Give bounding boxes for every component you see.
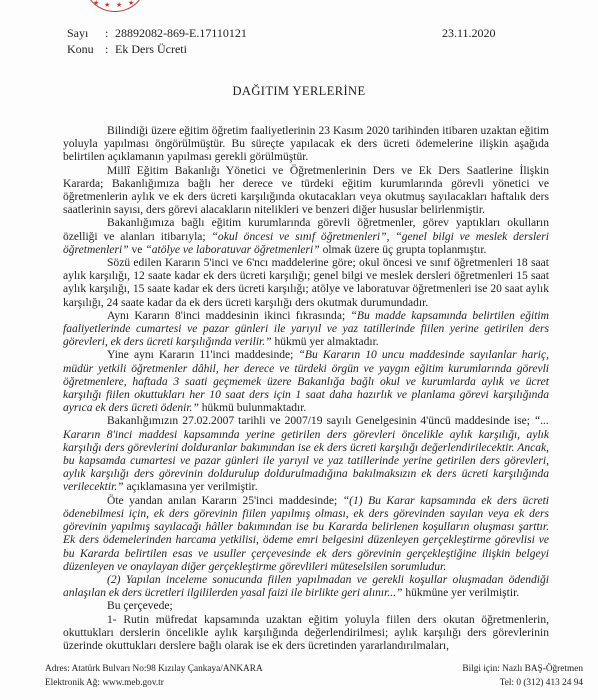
- paragraph: Sözü edilen Kararın 5'inci ve 6'ncı madd…: [63, 257, 549, 310]
- konu-label: Konu: [67, 42, 105, 58]
- paragraph: Öte yandan anılan Kararın 25'inci maddes…: [63, 495, 549, 574]
- document-body: Bilindiği üzere eğitim öğretim faaliyetl…: [63, 125, 549, 653]
- sayi-row: Sayı : 28892082-869-E.17110121: [67, 26, 247, 42]
- seal-star-icon: ★: [93, 0, 99, 7]
- footer-address: Adres: Atatürk Bulvarı No:98 Kızılay Çan…: [45, 663, 263, 677]
- footer-left: Adres: Atatürk Bulvarı No:98 Kızılay Çan…: [45, 663, 263, 690]
- document-date: 23.11.2020: [442, 26, 496, 41]
- paragraph: Aynı Kararın 8'inci maddesinin ikinci fı…: [63, 310, 549, 350]
- footer-right: Bilgi için: Nazlı BAŞ-Öğretmen Tel: 0 (3…: [462, 663, 583, 690]
- sayi-separator: :: [105, 26, 115, 42]
- konu-value: Ek Ders Ücreti: [115, 42, 187, 58]
- seal-star-icon: ★: [116, 2, 122, 9]
- seal-star-icon: ★: [128, 0, 134, 7]
- sayi-label: Sayı: [67, 26, 105, 42]
- paragraph: Yine aynı Kararın 11'inci maddesinde; “B…: [63, 349, 549, 415]
- document-meta: Sayı : 28892082-869-E.17110121 Konu : Ek…: [67, 26, 247, 57]
- footer-telephone: Tel: 0 (312) 413 24 94: [462, 677, 583, 691]
- sayi-value: 28892082-869-E.17110121: [115, 26, 247, 42]
- ministry-seal-icon: ★ ★ ★ ★: [0, 0, 598, 16]
- seal-star-icon: ★: [104, 2, 110, 9]
- konu-separator: :: [105, 42, 115, 58]
- konu-row: Konu : Ek Ders Ücreti: [67, 42, 247, 58]
- paragraph: Bilindiği üzere eğitim öğretim faaliyetl…: [63, 125, 549, 165]
- paragraph: Bakanlığımızın 27.02.2007 tarihli ve 200…: [63, 415, 549, 494]
- paragraph: Bu çerçevede;: [63, 600, 549, 613]
- paragraph: Millî Eğitim Bakanlığı Yönetici ve Öğret…: [63, 165, 549, 218]
- recipient-heading: DAĞITIM YERLERİNE: [0, 84, 598, 99]
- footer-info-contact: Bilgi için: Nazlı BAŞ-Öğretmen: [462, 663, 583, 677]
- paragraph: (2) Yapılan inceleme sonucunda fiilen ya…: [63, 574, 549, 600]
- footer-network: Elektronik Ağ: www.meb.gov.tr: [45, 677, 263, 691]
- scanned-letter-page: ★ ★ ★ ★ Sayı : 28892082-869-E.17110121 K…: [0, 0, 598, 700]
- paragraph: Bakanlığımıza bağlı eğitim kurumlarında …: [63, 217, 549, 257]
- paragraph: 1- Rutin müfredat kapsamında uzaktan eği…: [63, 614, 549, 654]
